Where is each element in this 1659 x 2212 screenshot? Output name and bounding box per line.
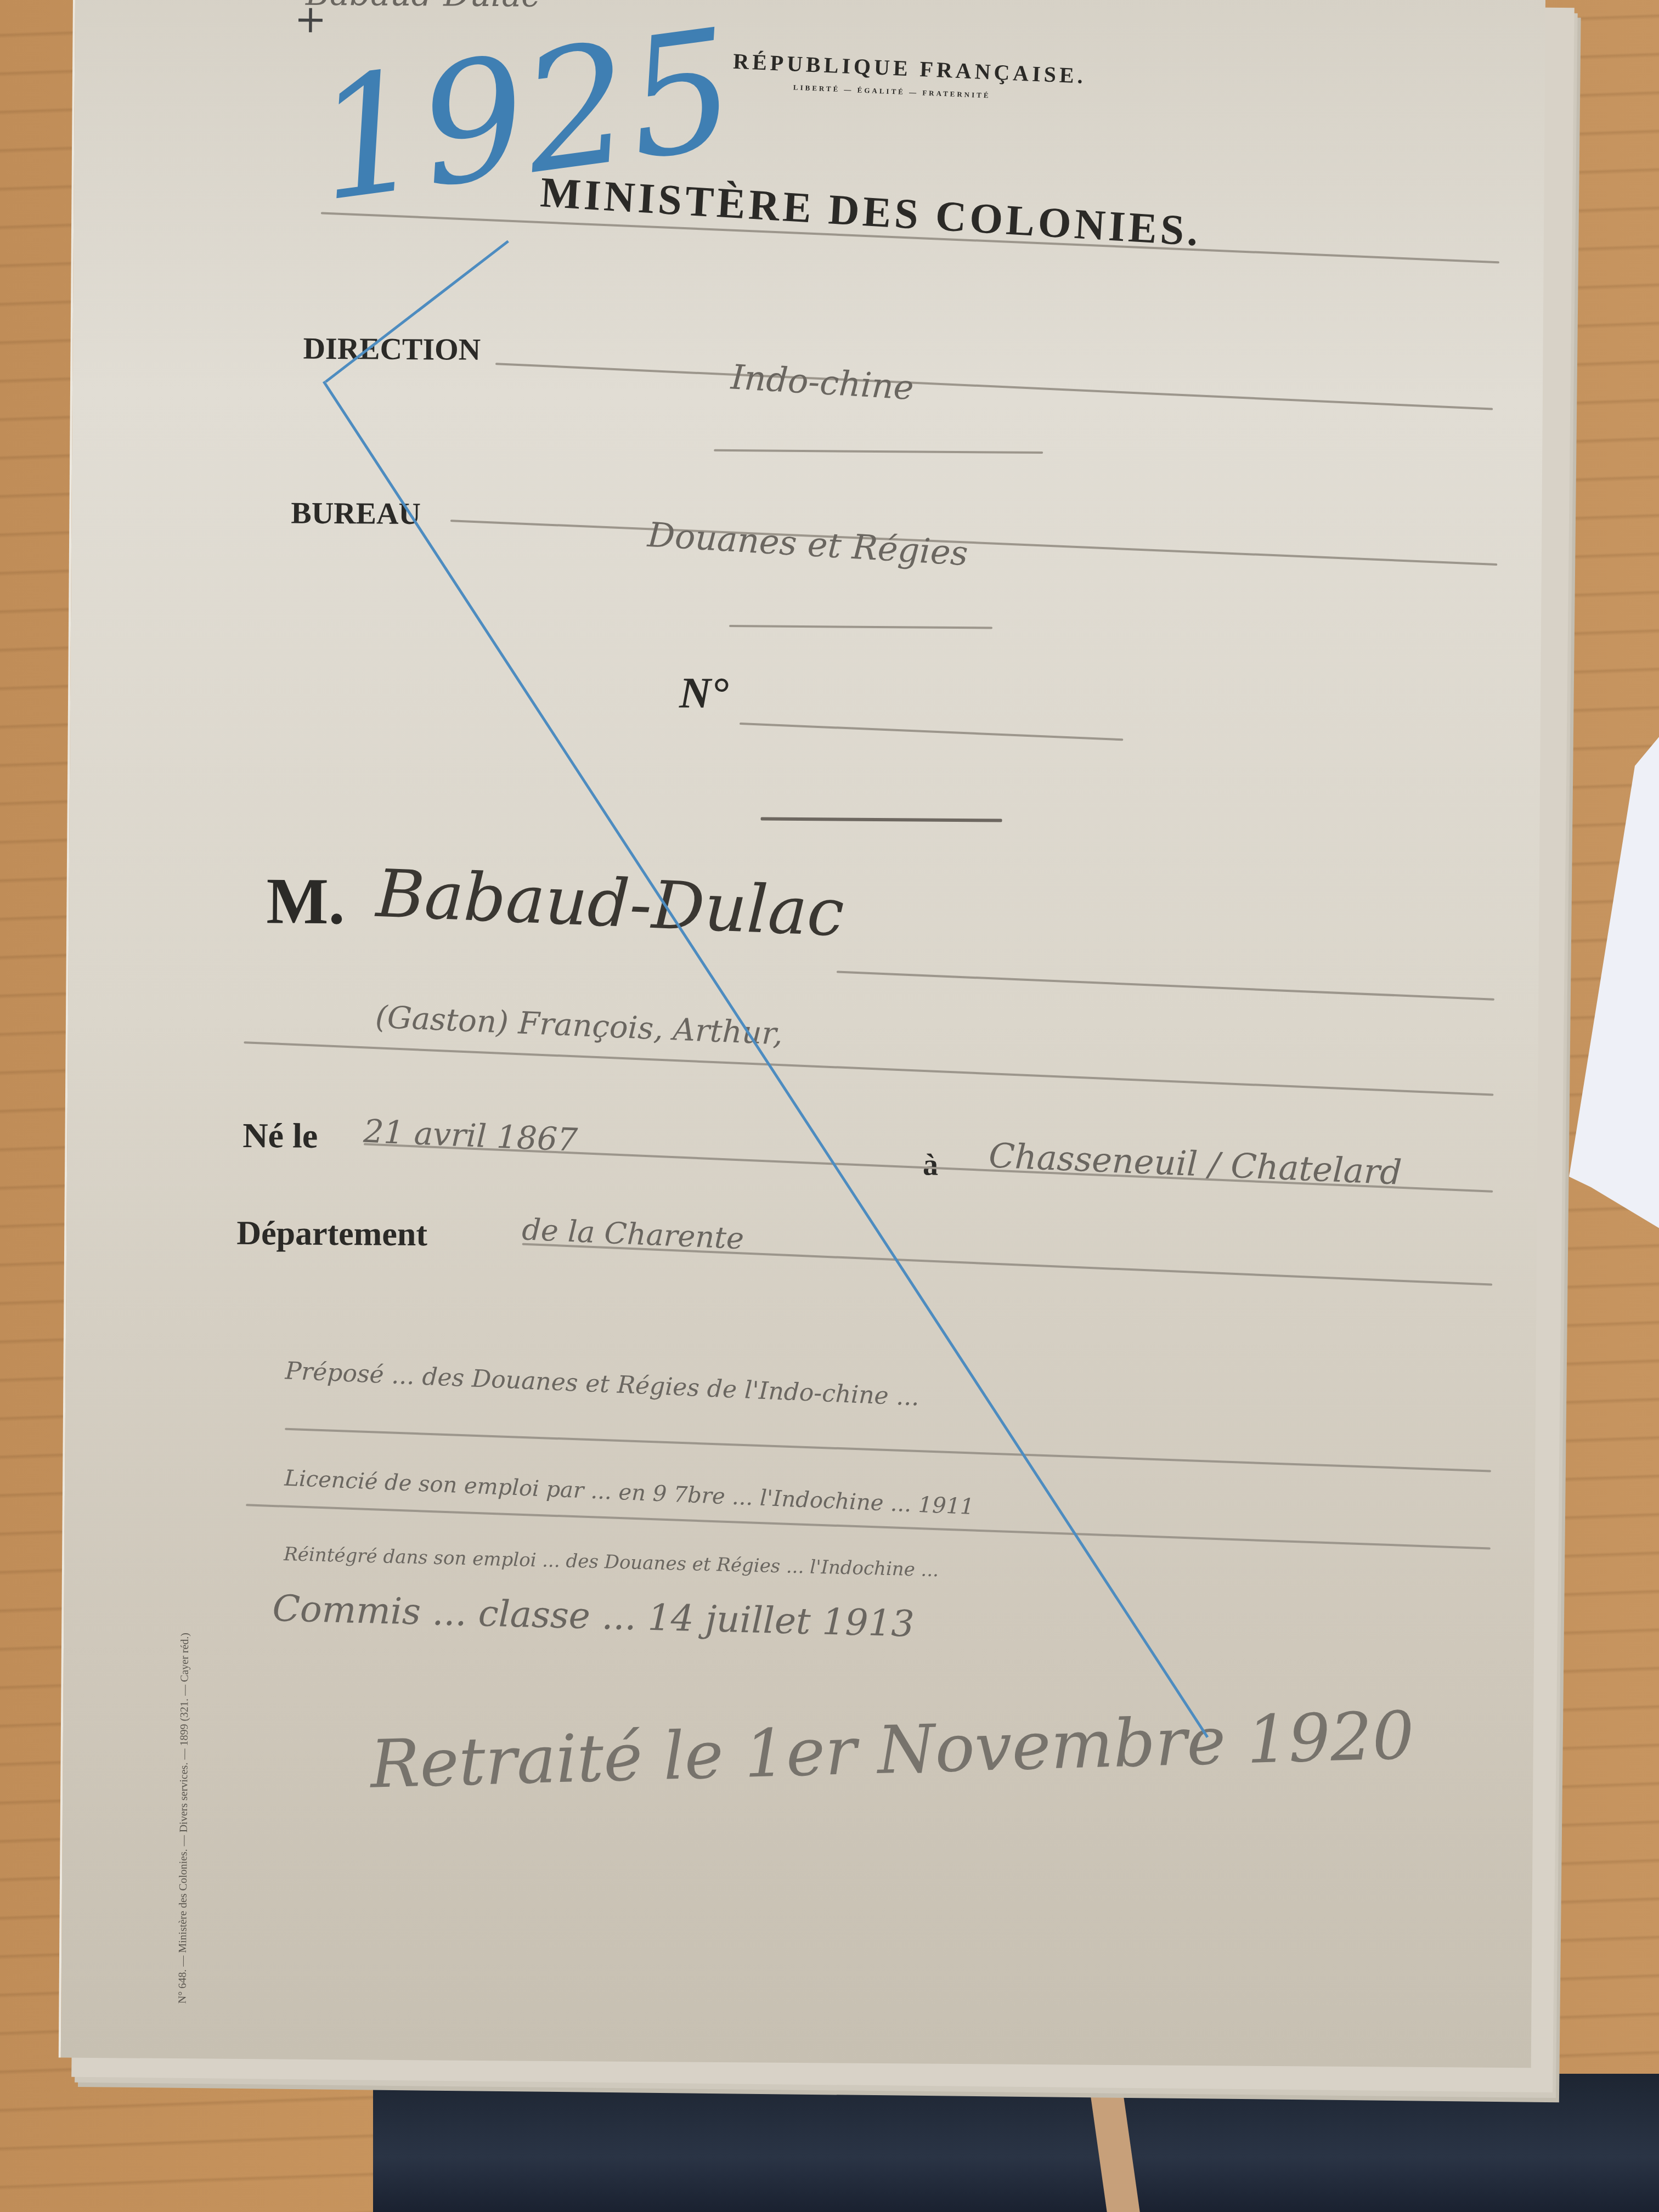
- direction-value: Indo-chine: [730, 357, 915, 408]
- career-rule-1: [285, 1428, 1491, 1472]
- personnel-file-cover: Babaud-Dulac + 1925 RÉPUBLIQUE FRANÇAISE…: [59, 0, 1545, 2068]
- career-note-2: Licencié de son emploi par ... en 9 7bre…: [284, 1466, 975, 1520]
- ornament-rule-3: [761, 817, 1002, 822]
- bureau-value: Douanes et Régies: [646, 515, 969, 574]
- bureau-rule: [450, 520, 1497, 566]
- career-note-1: Préposé ... des Douanes et Régies de l'I…: [285, 1357, 920, 1411]
- department-rule: [522, 1243, 1493, 1286]
- ornament-rule-1: [714, 449, 1043, 454]
- republic-motto: LIBERTÉ — ÉGALITÉ — FRATERNITÉ: [793, 83, 991, 100]
- person-title: M.: [266, 863, 345, 939]
- numero-label: N°: [679, 668, 729, 719]
- name-rule: [837, 970, 1494, 1000]
- birth-label: Né le: [242, 1115, 318, 1156]
- republic-heading: RÉPUBLIQUE FRANÇAISE.: [732, 48, 1086, 89]
- blue-diagonal-strike: [323, 381, 1209, 1738]
- career-note-4: Commis ... classe ... 14 juillet 1913: [272, 1587, 915, 1645]
- numero-rule: [740, 723, 1124, 741]
- department-label: Département: [236, 1214, 427, 1254]
- ornament-rule-2: [729, 625, 992, 629]
- ministry-title: MINISTÈRE DES COLONIES.: [539, 167, 1203, 256]
- cross-mark: +: [294, 0, 326, 42]
- birth-place-label: à: [923, 1148, 938, 1183]
- career-note-3: Réintégré dans son emploi ... des Douane…: [284, 1543, 939, 1581]
- printer-footer-vertical: N° 648. — Ministère des Colonies. — Dive…: [176, 1633, 191, 2004]
- direction-label: DIRECTION: [303, 331, 481, 368]
- retirement-note: Retraité le 1er Novembre 1920: [369, 1698, 1415, 1803]
- person-given-names: (Gaston) François, Arthur,: [375, 1000, 783, 1052]
- dark-fabric-background: [373, 2074, 1659, 2212]
- top-handwritten-name: Babaud-Dulac: [306, 0, 540, 15]
- given-names-rule: [244, 1041, 1493, 1096]
- person-surname: Babaud-Dulac: [375, 856, 845, 952]
- direction-rule: [495, 363, 1493, 410]
